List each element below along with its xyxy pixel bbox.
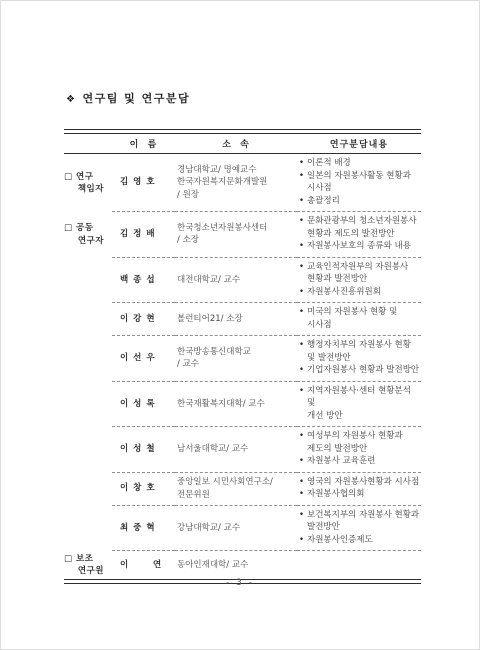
category-cell [64,258,112,304]
duty-item: •영국의 자원봉사현황과 시사점 [299,476,421,489]
duty-item: •행정자치부의 자원봉사 현황 및 발전방안 [299,339,421,364]
name-cell: 이 강 현 [112,303,175,336]
bullet-icon: • [299,385,307,423]
bullet-icon: • [299,488,307,501]
category-cell [64,336,112,382]
table-row: 최 중 혁 강남대학교/ 교수 •보건복지부의 자원봉사 현황과 발전방안 •자… [64,506,421,552]
affiliation-cell: 중앙일보 시민사회연구소/ 전문위원 [175,473,297,506]
affiliation-cell: 동아인재대학/ 교수 [175,551,297,579]
name-cell: 이 선 우 [112,336,175,382]
bullet-icon: • [299,430,307,455]
duties-cell: •보건복지부의 자원봉사 현황과 발전방안 •자원봉사인증제도 [297,506,421,552]
name-cell: 최 중 혁 [112,506,175,552]
duties-cell: •이론적 배경 •일본의 자원봉사활동 현황과 시사점 •총괄정리 [297,154,421,212]
category-cell: □ 보조 연구원 [64,551,112,579]
table-row: 이 선 우 한국방송통신대학교 / 교수 •행정자치부의 자원봉사 현황 및 발… [64,336,421,382]
bullet-icon: • [299,261,307,286]
duties-cell: •지역자원봉사·센터 현황분석 및 개선 방안 [297,382,421,428]
table-row: 백 종 섭 대전대학교/ 교수 •교육인적자원부의 자원봉사 현황과 발전방안 … [64,258,421,304]
table-row: □ 연구 책임자 김 영 호 경남대학교/ 명예교수 한국자원복지문화개발원 /… [64,154,421,212]
category-cell [64,473,112,506]
category-cell [64,427,112,473]
bullet-icon: • [299,170,307,195]
duty-item: •총괄정리 [299,195,421,208]
table-row: 이 성 철 남서울대학교/ 교수 •여성부의 자원봉사 현황과 제도의 발전방안… [64,427,421,473]
duty-item: •여성부의 자원봉사 현황과 제도의 발전방안 [299,430,421,455]
duty-item: •일본의 자원봉사활동 현황과 시사점 [299,170,421,195]
category-cell: □ 연구 책임자 [64,154,112,212]
name-cell: 이 성 록 [112,382,175,428]
bullet-icon: • [299,286,307,299]
affiliation-cell: 한국청소년자원봉사센터 / 소장 [175,212,297,258]
table-row: □ 보조 연구원 이 연 동아인재대학/ 교수 [64,551,421,579]
table-row: □ 공동 연구자 김 정 배 한국청소년자원봉사센터 / 소장 •문화관광부의 … [64,212,421,258]
bullet-icon: • [299,455,307,468]
bullet-icon: • [299,215,307,240]
duty-item: •자원봉사 교육훈련 [299,455,421,468]
table-row: 이 창 호 중앙일보 시민사회연구소/ 전문위원 •영국의 자원봉사현황과 시사… [64,473,421,506]
category-cell [64,303,112,336]
name-cell: 이 연 [112,551,175,579]
category-cell: □ 공동 연구자 [64,212,112,258]
diamond-icon: ❖ [66,94,76,105]
bullet-icon: • [299,534,307,547]
page-title: ❖연구팀 및 연구분담 [66,90,190,106]
name-cell: 김 정 배 [112,212,175,258]
bullet-icon: • [299,339,307,364]
duties-cell: •영국의 자원봉사현황과 시사점 •자원봉사협의회 [297,473,421,506]
duty-item: •지역자원봉사·센터 현황분석 및 개선 방안 [299,385,421,423]
bullet-icon: • [299,157,307,170]
page-number: - 3 - [0,578,480,588]
affiliation-cell: 경남대학교/ 명예교수 한국자원복지문화개발원 / 원장 [175,154,297,212]
name-cell: 백 종 섭 [112,258,175,304]
bullet-icon: • [299,240,307,253]
name-cell: 이 성 철 [112,427,175,473]
affiliation-cell: 한국방송통신대학교 / 교수 [175,336,297,382]
table-row: 이 강 현 볼런티어21/ 소장 •미국의 자원봉사 현황 및 시사점 [64,303,421,336]
affiliation-cell: 볼런티어21/ 소장 [175,303,297,336]
duties-cell: •미국의 자원봉사 현황 및 시사점 [297,303,421,336]
duty-item: •기업자원봉사 현황과 발전방안 [299,364,421,377]
duty-item: •자원봉사협의회 [299,488,421,501]
header-duties: 연구분담내용 [297,137,421,150]
affiliation-cell: 남서울대학교/ 교수 [175,427,297,473]
affiliation-cell: 대전대학교/ 교수 [175,258,297,304]
duty-item: •문화관광부의 청소년자원봉사 현황과 제도의 발전방안 [299,215,421,240]
table-row: 이 성 록 한국재활복지대학/ 교수 •지역자원봉사·센터 현황분석 및 개선 … [64,382,421,428]
duties-cell: •문화관광부의 청소년자원봉사 현황과 제도의 발전방안 •자원봉사보호의 종류… [297,212,421,258]
name-cell: 김 영 호 [112,154,175,212]
bullet-icon: • [299,306,307,331]
duties-cell: •여성부의 자원봉사 현황과 제도의 발전방안 •자원봉사 교육훈련 [297,427,421,473]
affiliation-cell: 한국재활복지대학/ 교수 [175,382,297,428]
duty-item: •이론적 배경 [299,157,421,170]
duty-item: •자원봉사인증제도 [299,534,421,547]
name-cell: 이 창 호 [112,473,175,506]
header-name: 이 름 [112,137,175,150]
category-cell [64,506,112,552]
research-team-table: 이 름 소 속 연구분담내용 □ 연구 책임자 김 영 호 경남대학교/ 명예교… [64,129,421,584]
affiliation-cell: 강남대학교/ 교수 [175,506,297,552]
header-affiliation: 소 속 [175,137,297,150]
table-header-row: 이 름 소 속 연구분담내용 [64,134,421,153]
duties-cell [297,551,421,579]
duty-item: •자원봉사진흥위원회 [299,286,421,299]
bullet-icon: • [299,476,307,489]
duty-item: •교육인적자원부의 자원봉사 현황과 발전방안 [299,261,421,286]
bullet-icon: • [299,195,307,208]
document-page: ❖연구팀 및 연구분담 이 름 소 속 연구분담내용 □ 연구 책임자 김 영 … [0,0,480,650]
duty-item: •자원봉사보호의 종류와 내용 [299,240,421,253]
bullet-icon: • [299,364,307,377]
bullet-icon: • [299,509,307,534]
category-cell [64,382,112,428]
duty-item: •미국의 자원봉사 현황 및 시사점 [299,306,421,331]
duty-item: •보건복지부의 자원봉사 현황과 발전방안 [299,509,421,534]
page-title-text: 연구팀 및 연구분담 [82,92,190,105]
duties-cell: •교육인적자원부의 자원봉사 현황과 발전방안 •자원봉사진흥위원회 [297,258,421,304]
duties-cell: •행정자치부의 자원봉사 현황 및 발전방안 •기업자원봉사 현황과 발전방안 [297,336,421,382]
